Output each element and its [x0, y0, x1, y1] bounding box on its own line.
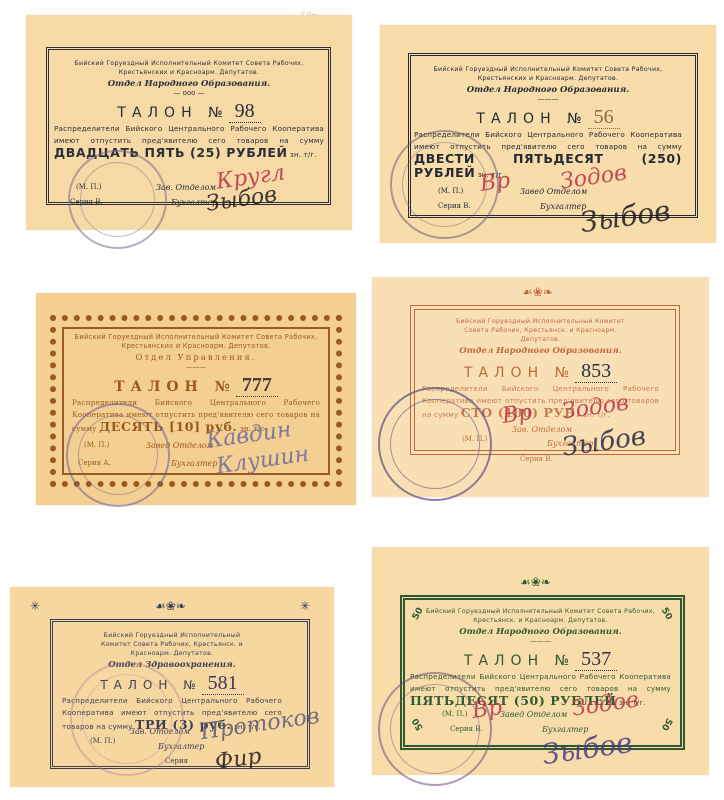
separator: ———: [372, 637, 709, 646]
round-stamp: [378, 672, 492, 786]
round-stamp: [66, 403, 170, 507]
department-title: Отдел Народного Образования.: [372, 346, 709, 356]
series-label: Серия: [165, 757, 188, 765]
talon-title: ТАЛОН №853: [372, 360, 709, 383]
separator: ———: [36, 363, 356, 372]
talon-title: ТАЛОН №56: [380, 106, 716, 129]
ornament-top: ☙❀❧: [522, 285, 553, 299]
voucher-581: ☙❀❧ ✳ ✳ Бийский Горуездный Исполнительны…: [10, 587, 334, 787]
voucher-537: ☙❀❧ Бийский Горуездный Исполнительный Ко…: [372, 547, 709, 775]
voucher-number: 853: [575, 360, 617, 383]
separator: ———: [380, 95, 716, 104]
signature-red: Вр: [500, 400, 533, 429]
issuer-header: Бийский Горуездный Исполнительный Комите…: [420, 607, 661, 625]
voucher-number: 777: [236, 374, 278, 397]
round-stamp: [70, 662, 184, 776]
issuer-header: Бийский Горуездный Исполнительный Комите…: [452, 317, 629, 344]
voucher-56: Бийский Горуездный Исполнительный Комите…: [380, 25, 716, 243]
separator: — ooo —: [26, 89, 352, 98]
round-stamp: [68, 150, 167, 249]
talon-title: ТАЛОН №777: [36, 374, 356, 397]
voucher-777: Бийский Горуездный Исполнительный Комите…: [36, 293, 356, 505]
department-title: Отдел Народного Образования.: [372, 627, 709, 637]
issuer-header: Бийский Горуездный Исполнительный Комите…: [56, 59, 322, 77]
voucher-number: 537: [575, 648, 617, 671]
round-stamp: [378, 387, 492, 501]
voucher-number: 581: [202, 672, 244, 695]
voucher-98: Бийский Горуездный Исполнительный Комите…: [26, 15, 352, 230]
department-title: Отдел Управления.: [36, 353, 356, 363]
ornament-top: ☙❀❧: [155, 599, 186, 613]
department-title: Отдел Народного Образования.: [26, 79, 352, 89]
department-title: Отдел Здравоохранения.: [10, 660, 334, 670]
voucher-number: 98: [229, 100, 261, 123]
ornament-corner: ✳: [300, 599, 310, 613]
signature-red: Вр: [478, 168, 511, 197]
issuer-header: Бийский Горуездный Исполнительный Комите…: [90, 631, 254, 658]
talon-title: ТАЛОН №537: [372, 648, 709, 671]
issuer-header: Бийский Горуездный Исполнительный Комите…: [418, 65, 678, 83]
issuer-header: Бийский Горуездный Исполнительный Комите…: [72, 333, 320, 351]
voucher-853: ☙❀❧ Бийский Горуездный Исполнительный Ко…: [372, 277, 709, 497]
accountant-label: Бухгалтер: [171, 459, 217, 468]
series-label: Серия В.: [520, 455, 553, 463]
ornament-top: ☙❀❧: [520, 575, 551, 589]
manager-label: Завед Отделом: [500, 710, 567, 719]
ornament-corner: ✳: [30, 599, 40, 613]
signature-red: Вр: [470, 695, 503, 724]
department-title: Отдел Народного Образования.: [380, 85, 716, 95]
talon-title: ТАЛОН №98: [26, 100, 352, 123]
voucher-number: 56: [588, 106, 620, 129]
